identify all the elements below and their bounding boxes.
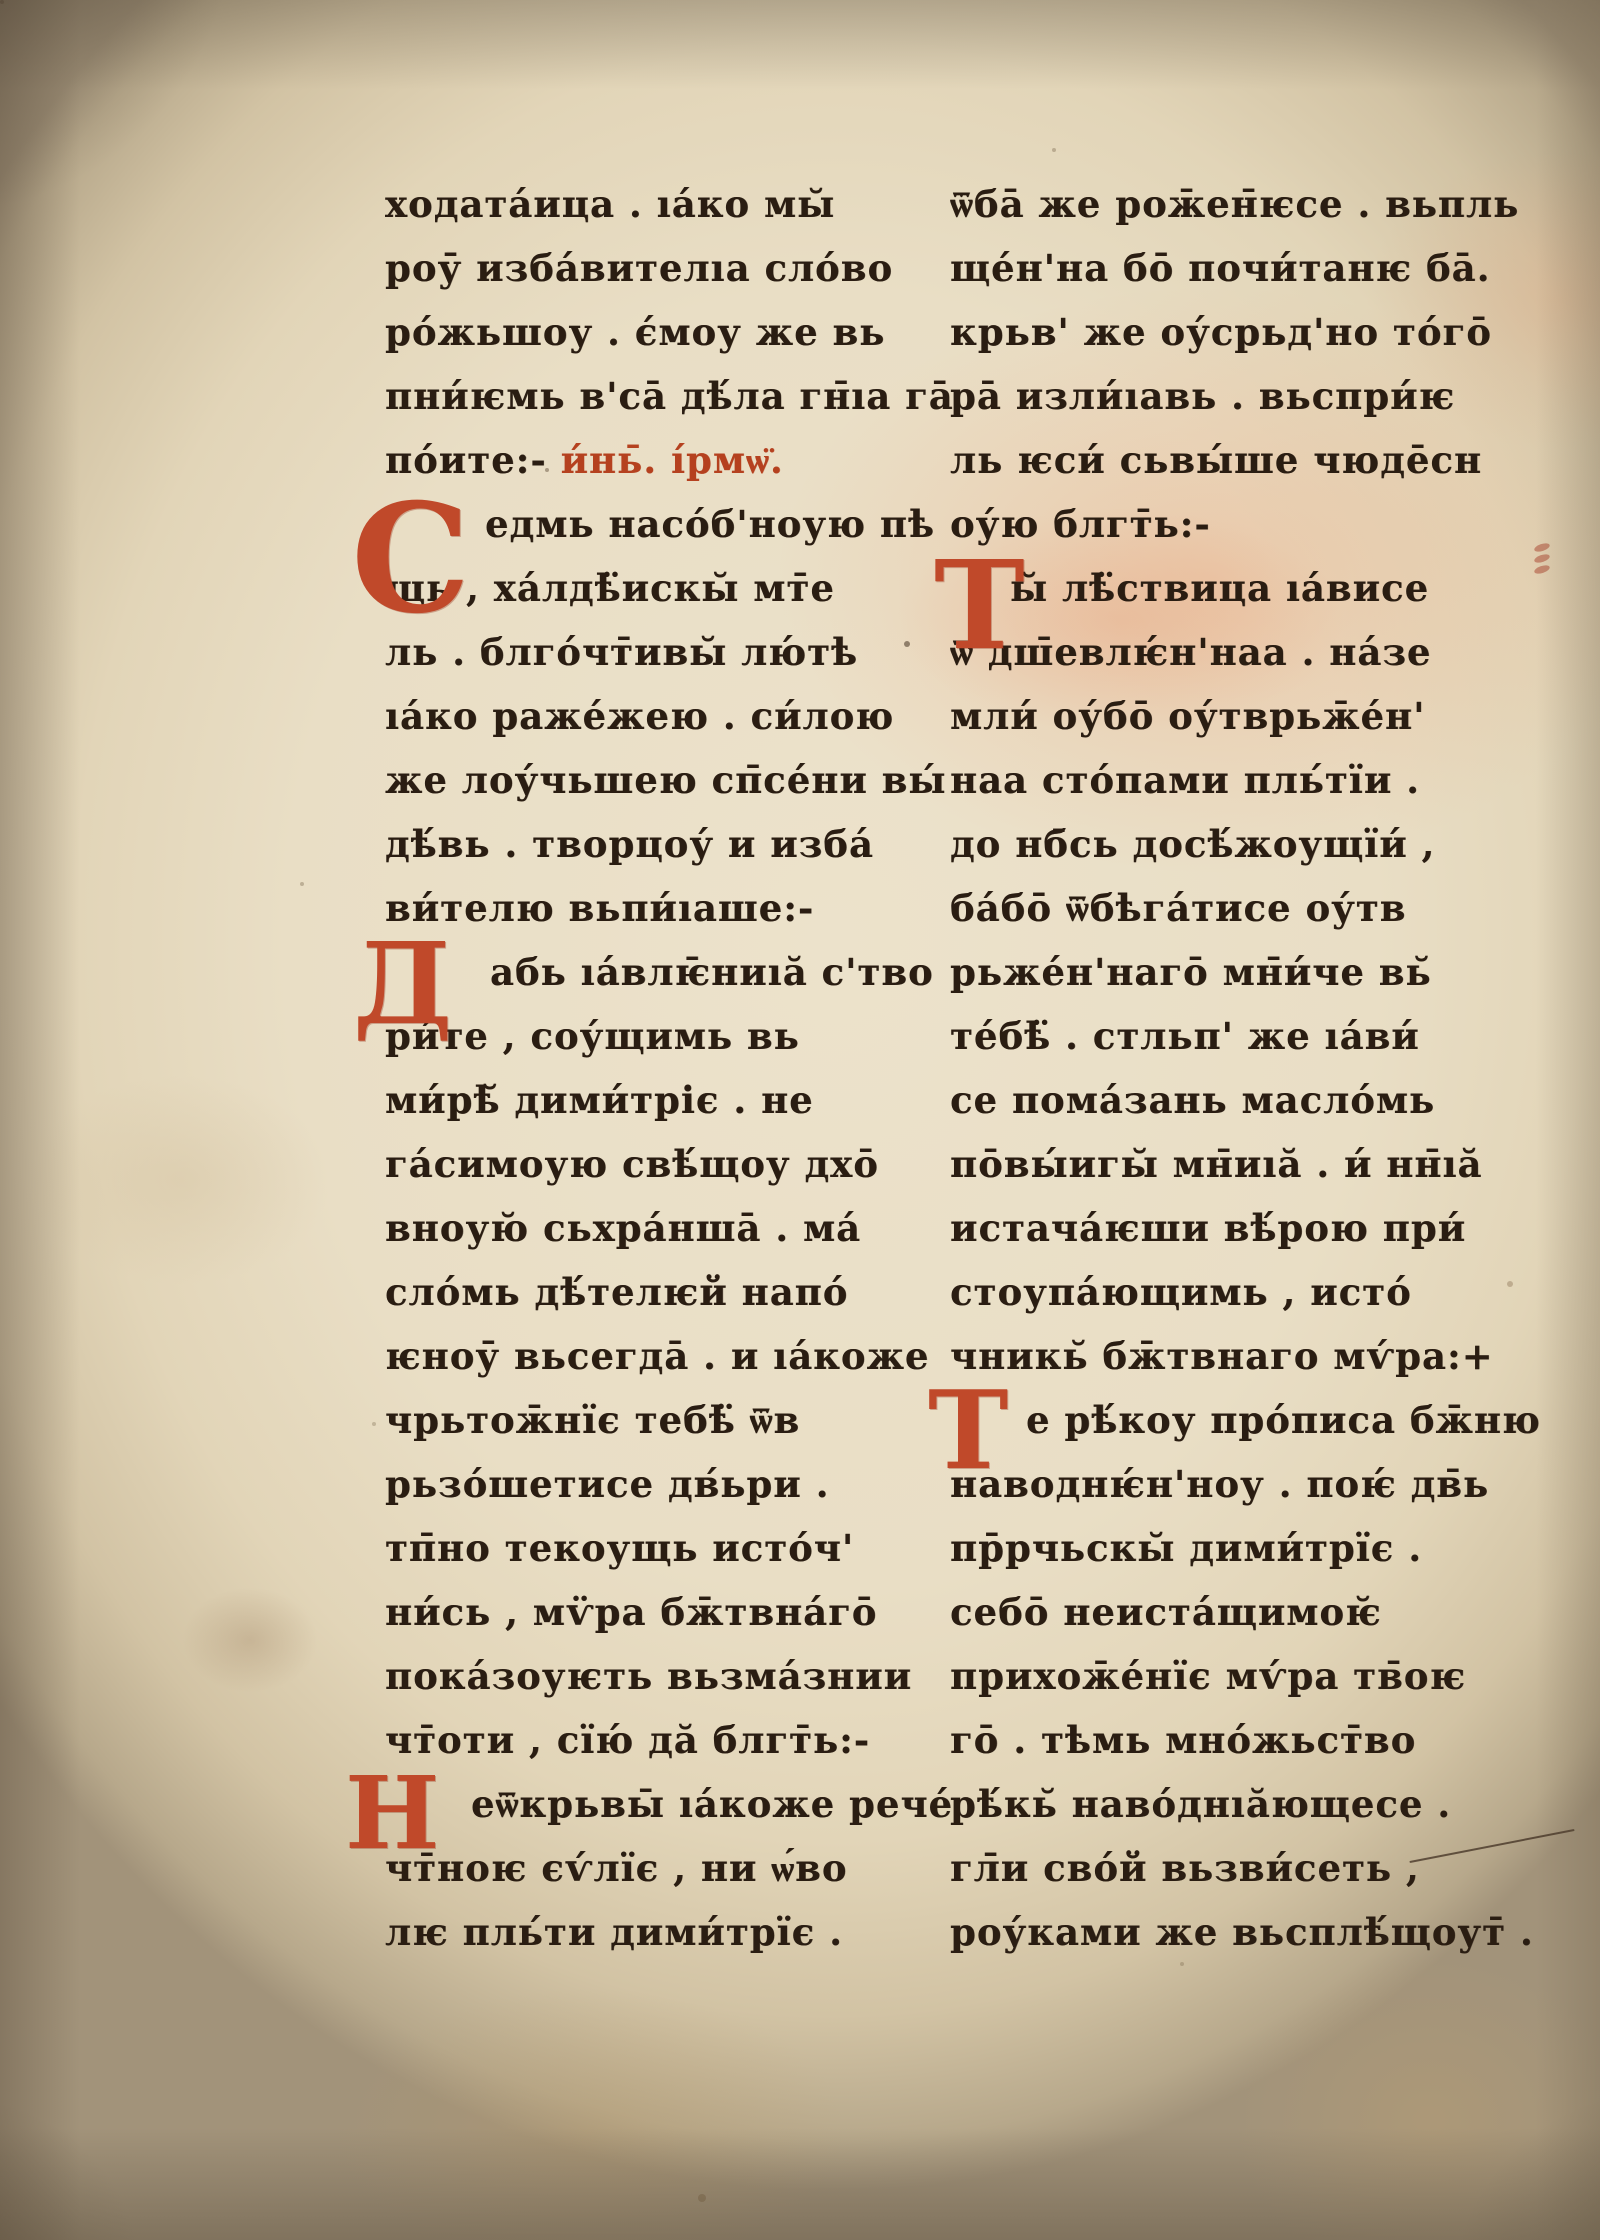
text-line: се пома́зань масло́мь [950, 1068, 1490, 1132]
illuminated-initial: Н [345, 1766, 440, 1861]
body-text: се пома́зань масло́мь [950, 1078, 1435, 1122]
text-line: гл̄и сво́й вьзви́сеть , [950, 1836, 1490, 1900]
body-text: чт̄ноѥ єѵ́лїє , ни ѡ́во [385, 1846, 848, 1890]
body-text: ıа́ко раже́жею . си́лою [385, 694, 894, 738]
text-line: же лоу́чьшею сп̄се́ни вы́ [385, 748, 945, 812]
text-line: дѣ́вь . творцоу́ и изба́ [385, 812, 945, 876]
body-text: ль ѥси́ сьвы́ше чюде̄сн [950, 438, 1482, 482]
text-line: ѥноӯ вьсегда̄ . и ıа́коже [385, 1324, 945, 1388]
body-text: е рѣ́коу про́писа бж̄ню [1026, 1398, 1541, 1442]
text-line: тп̄но текоущь исто́ч' [385, 1516, 945, 1580]
parchment-page: ходата́ица . ıа́ко мы̆роӯ изба́вителıа с… [0, 0, 1600, 2240]
margin-red-mark-stroke [1533, 564, 1550, 576]
text-line: ıа́ко раже́жею . си́лою [385, 684, 945, 748]
body-text: тп̄но текоущь исто́ч' [385, 1526, 854, 1570]
text-line: наа сто́пами пль́тїи . [950, 748, 1490, 812]
body-text: го̄ . тѣмь мно́жьст̄во [950, 1718, 1416, 1762]
body-text: ѥноӯ вьсегда̄ . и ıа́коже [385, 1334, 929, 1378]
text-line: ви́телю вьпи́ıаше:- [385, 876, 945, 940]
body-text: дѣ́вь . творцоу́ и изба́ [385, 822, 874, 866]
illuminated-initial: Т [928, 1380, 1009, 1483]
text-line: ро́жьшоу . є́моу же вь [385, 300, 945, 364]
text-line: чт̄ноѥ єѵ́лїє , ни ѡ́во [385, 1836, 945, 1900]
body-text: роу́ками же вьсплѣ́щоут̄ . [950, 1910, 1534, 1954]
text-line: по̄вы́игы̆ мн̄иıӑ . и́ нн̄ıӑ [950, 1132, 1490, 1196]
body-text: пока́зоуѥть вьзма́знии [385, 1654, 912, 1698]
manuscript-photo: { "document_type": "medieval-manuscript-… [0, 0, 1600, 2240]
body-text: крьв' же оу́срьд'но то́го̄ [950, 310, 1492, 354]
text-line: истача́ѥши вѣ́рою при́ [950, 1196, 1490, 1260]
body-text: рѣ́кь̆ наво́днıӑющесе . [950, 1782, 1451, 1826]
body-text: пр̄рчьскы̆ дими́трїє . [950, 1526, 1422, 1570]
body-text: прихож̄е́нїє мѵ́ра тв̄оѥ [950, 1654, 1466, 1698]
text-line: го̄ . тѣмь мно́жьст̄во [950, 1708, 1490, 1772]
body-text: же лоу́чьшею сп̄се́ни вы́ [385, 758, 946, 802]
text-line: пока́зоуѥть вьзма́знии [385, 1644, 945, 1708]
illuminated-initial: С [351, 488, 471, 631]
body-text: роӯ изба́вителıа сло́во [385, 246, 893, 290]
text-line: лѥ пль́ти дими́трїє . [385, 1900, 945, 1964]
body-text: ми́рѣ̆ дими́тріє . не [385, 1078, 814, 1122]
text-line: рьже́н'наго̄ мн̄и́че вь̆ [950, 940, 1490, 1004]
text-line: рьзо́шетисе дв́ьри . [385, 1452, 945, 1516]
body-text: сло́мь дѣ́телѥй напо́ [385, 1270, 848, 1314]
text-line: га́симоую свѣ́щоу дхо̄ [385, 1132, 945, 1196]
text-line: Дабь ıа́влѥ̄ниıӑ с'тво [385, 940, 945, 1004]
text-line: чт̄оти , сїю́ дӑ блгт̄ь:- [385, 1708, 945, 1772]
text-line: ходата́ица . ıа́ко мы̆ [385, 172, 945, 236]
body-text: чт̄оти , сїю́ дӑ блгт̄ь:- [385, 1718, 870, 1762]
text-line: Неѿкрьвы̄ ıа́коже рече́ [385, 1772, 945, 1836]
text-line: ѿ дш̄евлѥ́н'наа . на́зе [950, 620, 1490, 684]
text-line: прихож̄е́нїє мѵ́ра тв̄оѥ [950, 1644, 1490, 1708]
body-text: ба́бо̄ ѿбѣга́тисе оу́тв [950, 886, 1406, 930]
body-text: наа сто́пами пль́тїи . [950, 758, 1420, 802]
margin-red-mark-stroke [1533, 542, 1550, 554]
body-text: чрьтож̄нїє тебѣ̈ ѿв [385, 1398, 800, 1442]
ink-specks [0, 0, 4, 4]
text-line: Седмь насо́б'ноую пѣ [385, 492, 945, 556]
text-line: себо̄ неиста́щимоѥ̆ [950, 1580, 1490, 1644]
text-line: ра̄ изли́ıавь . вьспри́ѥ [950, 364, 1490, 428]
text-line: мли́ оу́бо̄ оу́тврьж̄е́н' [950, 684, 1490, 748]
body-text: пни́ѥмь в'са̄ дѣ́ла гн̄ıа га̄ [385, 374, 954, 418]
body-text: те́бѣ̈ . стльп' же ıа́ви́ [950, 1014, 1420, 1058]
body-text: мли́ оу́бо̄ оу́тврьж̄е́н' [950, 694, 1425, 738]
text-line: ми́рѣ̆ дими́тріє . не [385, 1068, 945, 1132]
body-text: едмь насо́б'ноую пѣ [485, 502, 935, 546]
body-text: истача́ѥши вѣ́рою при́ [950, 1206, 1466, 1250]
margin-red-mark-stroke [1533, 553, 1550, 565]
body-text: вноую̆ сьхра́нша̄ . ма́ [385, 1206, 861, 1250]
text-line: рѣ́кь̆ наво́днıӑющесе . [950, 1772, 1490, 1836]
body-text: га́симоую свѣ́щоу дхо̄ [385, 1142, 879, 1186]
body-text: ы̆ лѣ̈ствица ıа́висе [1010, 566, 1429, 610]
text-line: сло́мь дѣ́телѥй напо́ [385, 1260, 945, 1324]
body-text: ра̄ изли́ıавь . вьспри́ѥ [950, 374, 1455, 418]
text-line: Те рѣ́коу про́писа бж̄ню [950, 1388, 1490, 1452]
text-line: вноую̆ сьхра́нша̄ . ма́ [385, 1196, 945, 1260]
text-line: ще́н'на бо̄ почи́танѥ ба̄. [950, 236, 1490, 300]
body-text: ни́сь , мѵ̈ра бж̄твна́го̄ [385, 1590, 877, 1634]
body-text: наводнѥ́н'ноу . поѥ́ дв̄ь [950, 1462, 1489, 1506]
text-line: пни́ѥмь в'са̄ дѣ́ла гн̄ıа га̄ [385, 364, 945, 428]
text-line: ль ѥси́ сьвы́ше чюде̄сн [950, 428, 1490, 492]
text-line: ни́сь , мѵ̈ра бж̄твна́го̄ [385, 1580, 945, 1644]
body-text: еѿкрьвы̄ ıа́коже рече́ [471, 1782, 953, 1826]
body-text: ро́жьшоу . є́моу же вь [385, 310, 885, 354]
text-line: чрьтож̄нїє тебѣ̈ ѿв [385, 1388, 945, 1452]
body-text: лѥ пль́ти дими́трїє . [385, 1910, 843, 1954]
body-text: чникь̆ бж̄твнаго мѵ́ра:+ [950, 1334, 1494, 1378]
text-line: роӯ изба́вителıа сло́во [385, 236, 945, 300]
body-text: абь ıа́влѥ̄ниıӑ с'тво [490, 950, 934, 994]
illuminated-initial: Д [353, 932, 454, 1038]
body-text: рьзо́шетисе дв́ьри . [385, 1462, 829, 1506]
margin-red-mark [1528, 540, 1562, 584]
body-text: по̄вы́игы̆ мн̄иıӑ . и́ нн̄ıӑ [950, 1142, 1483, 1186]
body-text: ѿба̄ же рож̄ен̄ѥсе . вьпль [950, 182, 1519, 226]
text-line: оу́ю блгт̄ь:- [950, 492, 1490, 556]
illuminated-initial: Т [934, 548, 1026, 664]
text-column-right: ѿба̄ же рож̄ен̄ѥсе . вьпльще́н'на бо̄ по… [950, 172, 1490, 1964]
text-line: те́бѣ̈ . стльп' же ıа́ви́ [950, 1004, 1490, 1068]
body-text: гл̄и сво́й вьзви́сеть , [950, 1846, 1420, 1890]
text-line: ѿба̄ же рож̄ен̄ѥсе . вьпль [950, 172, 1490, 236]
text-line: до нб̄сь досѣ́жоущїи́ , [950, 812, 1490, 876]
text-line: роу́ками же вьсплѣ́щоут̄ . [950, 1900, 1490, 1964]
body-text: себо̄ неиста́щимоѥ̆ [950, 1590, 1382, 1634]
text-column-left: ходата́ица . ıа́ко мы̆роӯ изба́вителıа с… [385, 172, 945, 1964]
text-line: стоупа́ющимь , исто́ [950, 1260, 1490, 1324]
body-text: стоупа́ющимь , исто́ [950, 1270, 1412, 1314]
text-line: ба́бо̄ ѿбѣга́тисе оу́тв [950, 876, 1490, 940]
body-text: ходата́ица . ıа́ко мы̆ [385, 182, 835, 226]
body-text: рьже́н'наго̄ мн̄и́че вь̆ [950, 950, 1432, 994]
text-line: пр̄рчьскы̆ дими́трїє . [950, 1516, 1490, 1580]
text-line: крьв' же оу́срьд'но то́го̄ [950, 300, 1490, 364]
text-line: чникь̆ бж̄твнаго мѵ́ра:+ [950, 1324, 1490, 1388]
text-line: Ты̆ лѣ̈ствица ıа́висе [950, 556, 1490, 620]
body-text: до нб̄сь досѣ́жоущїи́ , [950, 822, 1435, 866]
text-line: ри́те , соу́щимь вь [385, 1004, 945, 1068]
rubric-text: и́нь̄. і́рмѡ̈. [561, 438, 784, 482]
text-line: наводнѥ́н'ноу . поѥ́ дв̄ь [950, 1452, 1490, 1516]
body-text: ще́н'на бо̄ почи́танѥ ба̄. [950, 246, 1491, 290]
